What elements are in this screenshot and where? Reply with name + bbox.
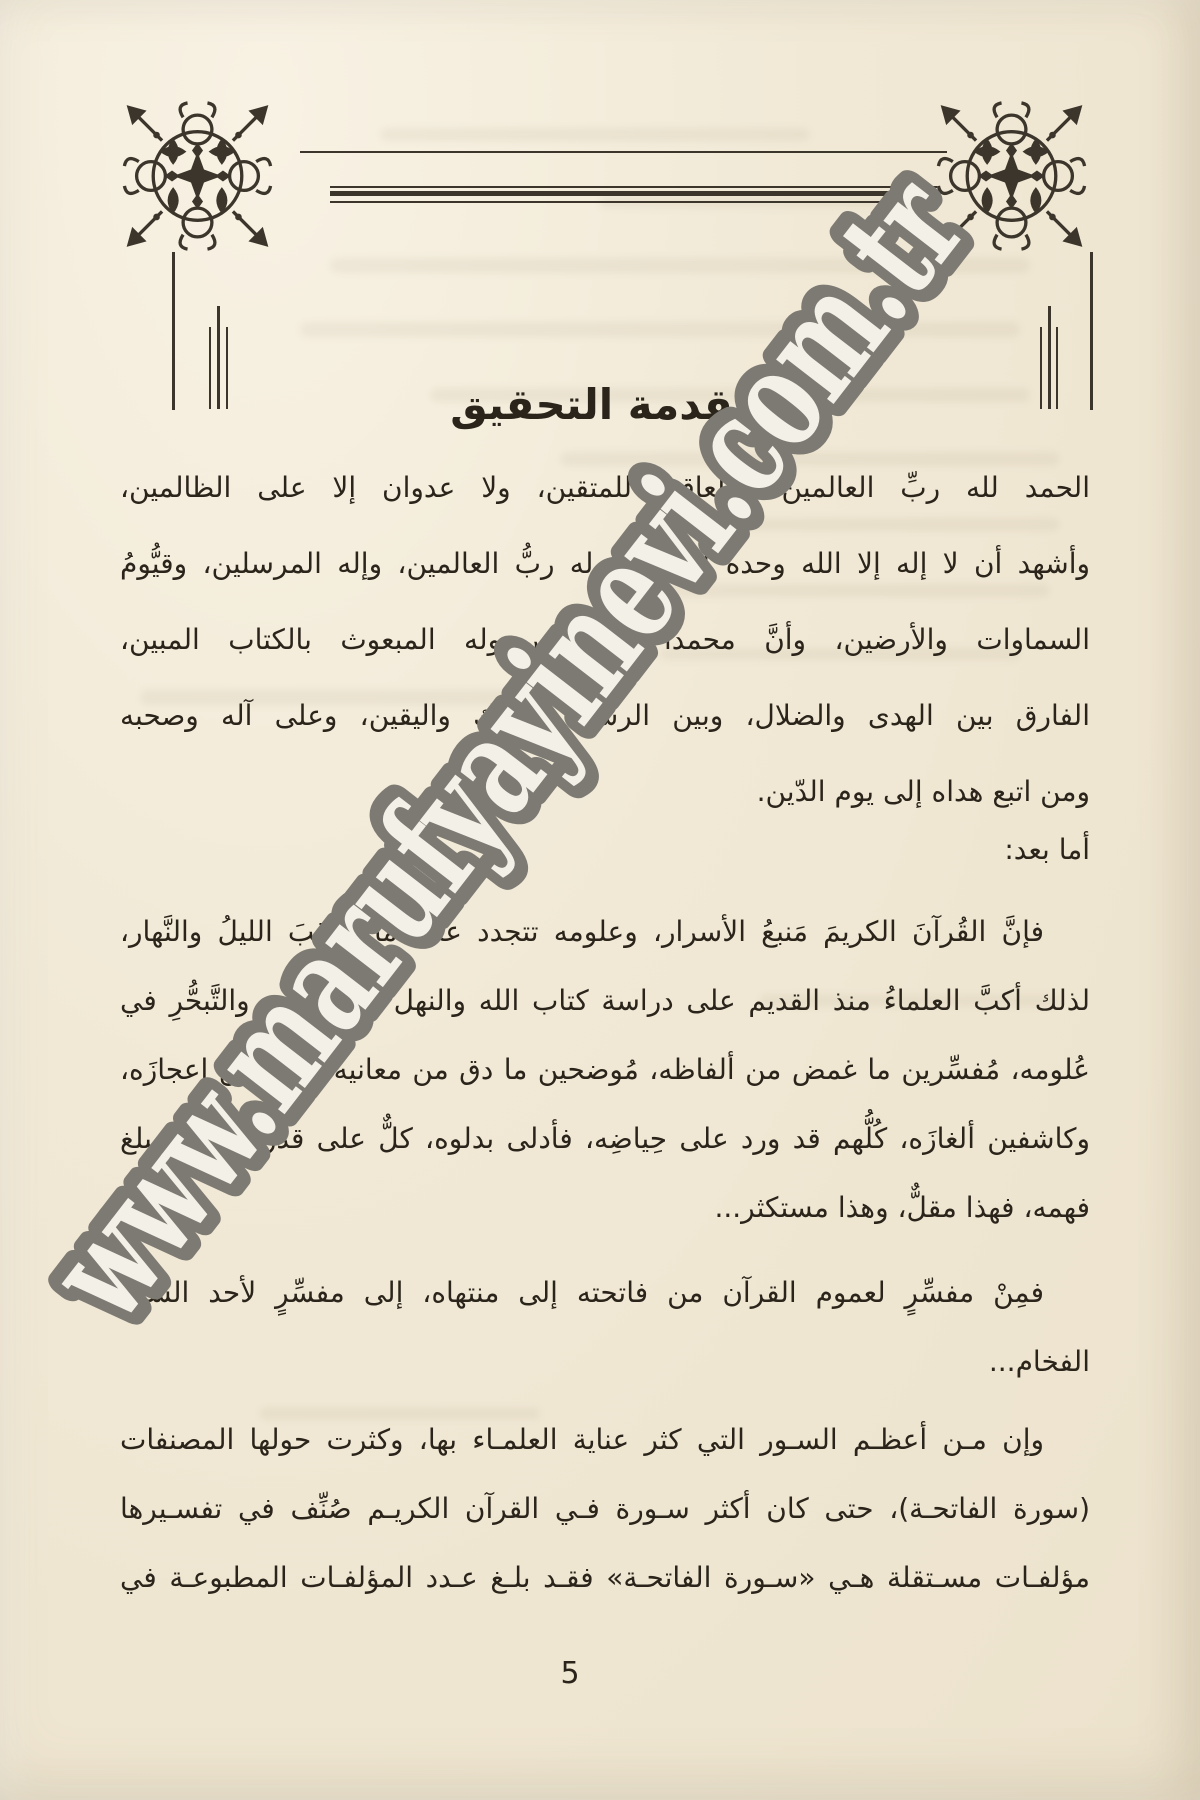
page-title: مقدمة التحقيق [120,368,1090,442]
text-line: الفخام... [120,1327,1090,1396]
text-line: مؤلفـات مسـتقلة هـي «سـورة الفاتحـة» فقـ… [120,1543,1090,1612]
text-line: فهمه، فهذا مقلٌّ، وهذا مستكثر... [120,1173,1090,1242]
scanned-book-page: مقدمة التحقيق الحمد لله ربِّ العالمين، و… [0,0,1200,1800]
corner-ornament-icon [120,90,275,262]
text-line: وأشهد أن لا إله إلا الله وحده لا شريك له… [120,526,1090,602]
right-margin-stem [1090,252,1093,410]
text-line: عُلومه، مُفسِّرين ما غمض من ألفاظه، مُوض… [120,1035,1090,1104]
text-line: السماوات والأرضين، وأنَّ محمداً عبده ورس… [120,602,1090,678]
text-line: لذلك أكبَّ العلماءُ منذ القديم على دراسة… [120,966,1090,1035]
ink-bleed-ghost [330,258,1030,273]
corner-ornament-icon [934,90,1089,262]
header-rule-thick [330,191,937,196]
text-line: فإنَّ القُرآنَ الكريمَ مَنبعُ الأسرار، و… [120,897,1090,966]
text-line: الفارق بين الهدى والضلال، وبين الرشاد وا… [120,678,1090,754]
ink-bleed-ghost [380,128,810,141]
paragraph: الحمد لله ربِّ العالمين، والعاقبة للمتقي… [120,450,1090,830]
paragraph: وإن مـن أعظـم السـور التي كثر عناية العل… [120,1405,1090,1612]
text-line: (سورة الفاتحـة)، حتى كان أكثر سـورة فـي … [120,1474,1090,1543]
text-line: وإن مـن أعظـم السـور التي كثر عناية العل… [120,1405,1090,1474]
text-line: وكاشفين ألغازَه، كُلُّهم قد ورد على حِيا… [120,1104,1090,1173]
text-line: فمِنْ مفسِّرٍ لعموم القرآن من فاتحته إلى… [120,1258,1090,1327]
transition-phrase: أما بعد: [120,818,1106,882]
header-rule-thin-bottom [330,201,937,203]
ink-bleed-ghost [300,322,1020,337]
paragraph: فإنَّ القُرآنَ الكريمَ مَنبعُ الأسرار، و… [120,897,1090,1242]
text-line: الحمد لله ربِّ العالمين، والعاقبة للمتقي… [120,450,1090,526]
paragraph: فمِنْ مفسِّرٍ لعموم القرآن من فاتحته إلى… [120,1258,1090,1396]
header-rule-single [300,151,947,153]
header-rule-thin-top [330,186,937,188]
page-number: 5 [530,1652,610,1696]
